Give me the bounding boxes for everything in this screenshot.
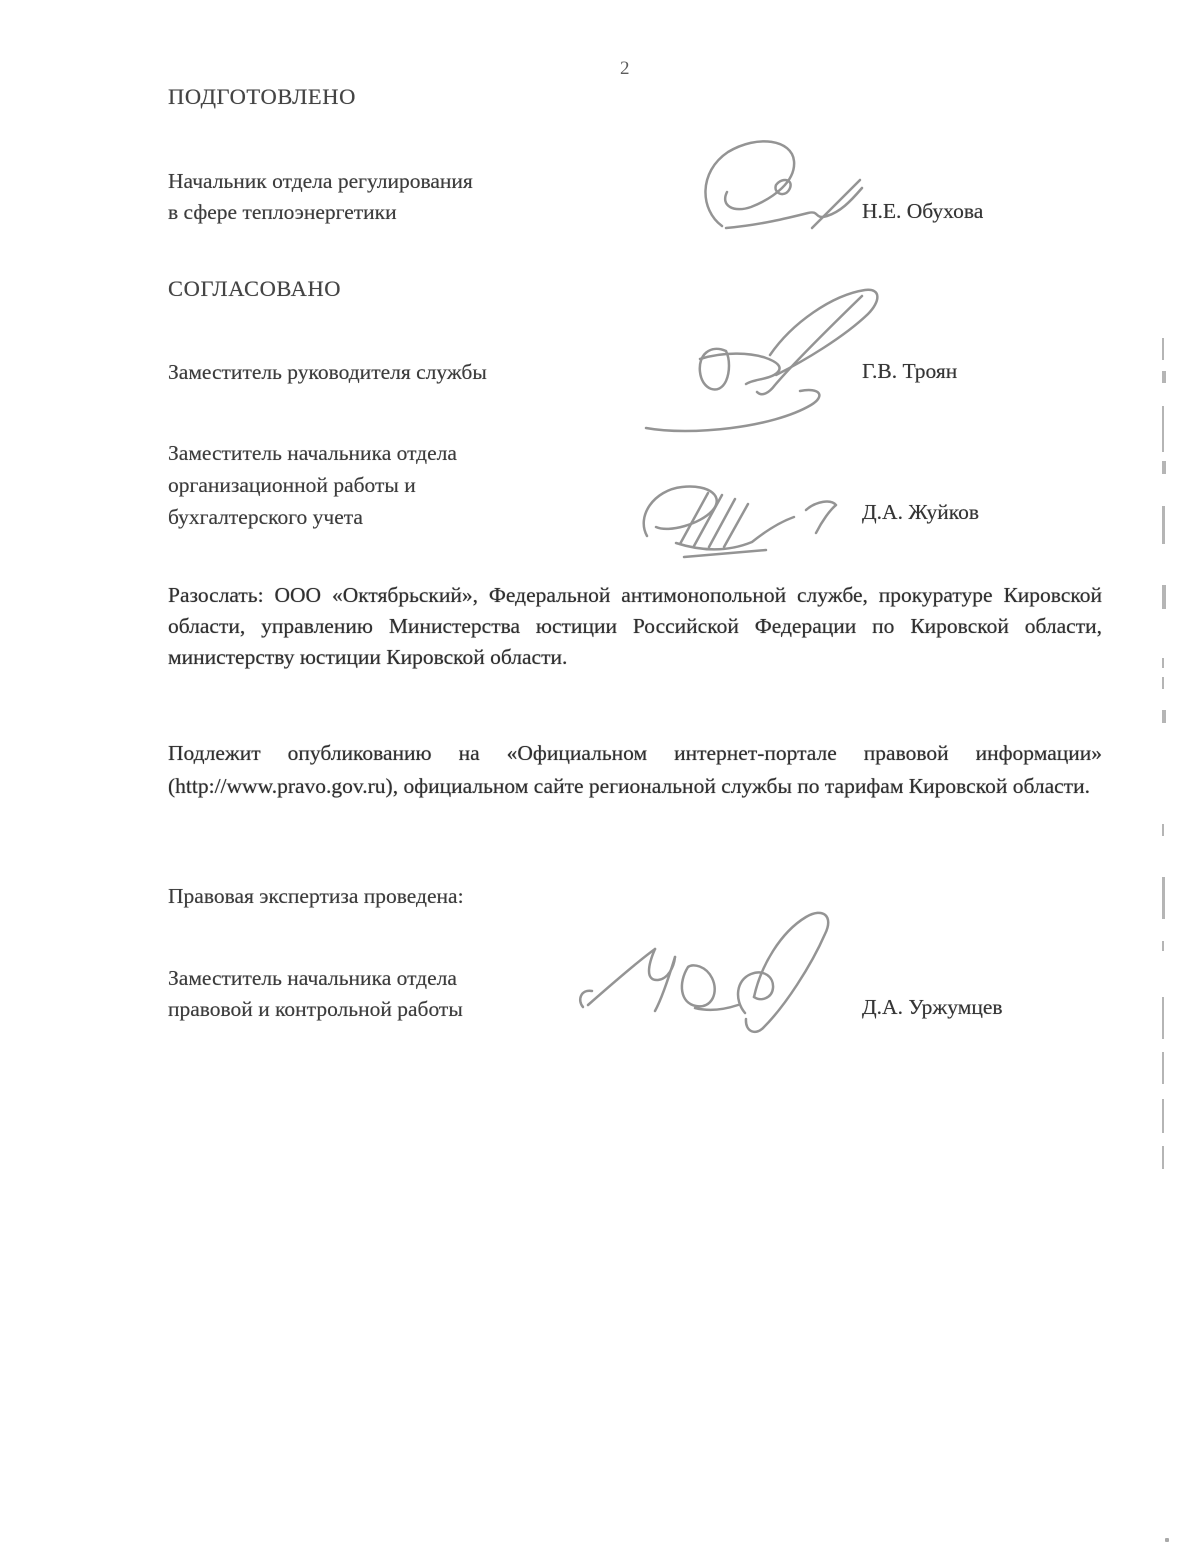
scan-artifact-dash bbox=[1162, 585, 1166, 609]
publication-paragraph: Подлежит опубликованию на «Официальном и… bbox=[168, 737, 1102, 803]
role-title-deputy-head-service: Заместитель руководителя службы bbox=[168, 357, 608, 388]
zhuykov-signature-icon bbox=[634, 480, 856, 562]
scan-artifact-dash bbox=[1162, 506, 1165, 544]
scan-artifact-dash bbox=[1162, 1052, 1164, 1084]
role-title-regulation-head: Начальник отдела регулирования в сфере т… bbox=[168, 166, 608, 228]
scan-artifact-dash bbox=[1162, 824, 1164, 836]
legal-review-heading: Правовая экспертиза проведена: bbox=[168, 884, 464, 909]
signatory-name-urzhumtsev: Д.А. Уржумцев bbox=[862, 995, 1003, 1020]
scan-artifact-dash bbox=[1162, 997, 1164, 1039]
role-title-deputy-head-org-accounting: Заместитель начальника отдела организаци… bbox=[168, 437, 608, 533]
scan-artifact-dash bbox=[1162, 1099, 1164, 1133]
scan-artifact-dash bbox=[1162, 710, 1166, 723]
distribution-paragraph: Разослать: ООО «Октябрьский», Федерально… bbox=[168, 580, 1102, 673]
scan-artifact-dash bbox=[1162, 941, 1164, 951]
obukhova-signature-icon bbox=[688, 136, 878, 240]
scan-artifact-dot bbox=[1165, 1538, 1169, 1542]
urzhumtsev-signature-icon bbox=[575, 905, 855, 1045]
scan-artifact-dash bbox=[1162, 677, 1164, 689]
agreed-heading: СОГЛАСОВАНО bbox=[168, 276, 341, 302]
signatory-name-troyan: Г.В. Троян bbox=[862, 359, 957, 384]
page-number: 2 bbox=[620, 58, 630, 80]
scan-artifact-dash bbox=[1162, 338, 1164, 360]
role-title-deputy-head-legal: Заместитель начальника отдела правовой и… bbox=[168, 963, 608, 1025]
signatory-name-zhuykov: Д.А. Жуйков bbox=[862, 500, 979, 525]
scan-artifact-dash bbox=[1162, 1146, 1164, 1169]
scanned-document-page: 2 ПОДГОТОВЛЕНО Начальник отдела регулиро… bbox=[0, 0, 1200, 1553]
scan-artifact-dash bbox=[1162, 658, 1164, 668]
signatory-name-obukhova: Н.Е. Обухова bbox=[862, 199, 983, 224]
scan-artifact-dash bbox=[1162, 406, 1164, 452]
troyan-signature-icon bbox=[630, 283, 880, 439]
scan-artifact-dash bbox=[1162, 371, 1166, 383]
scan-artifact-dash bbox=[1162, 461, 1166, 474]
prepared-heading: ПОДГОТОВЛЕНО bbox=[168, 84, 356, 110]
scan-artifact-dash bbox=[1162, 877, 1165, 919]
